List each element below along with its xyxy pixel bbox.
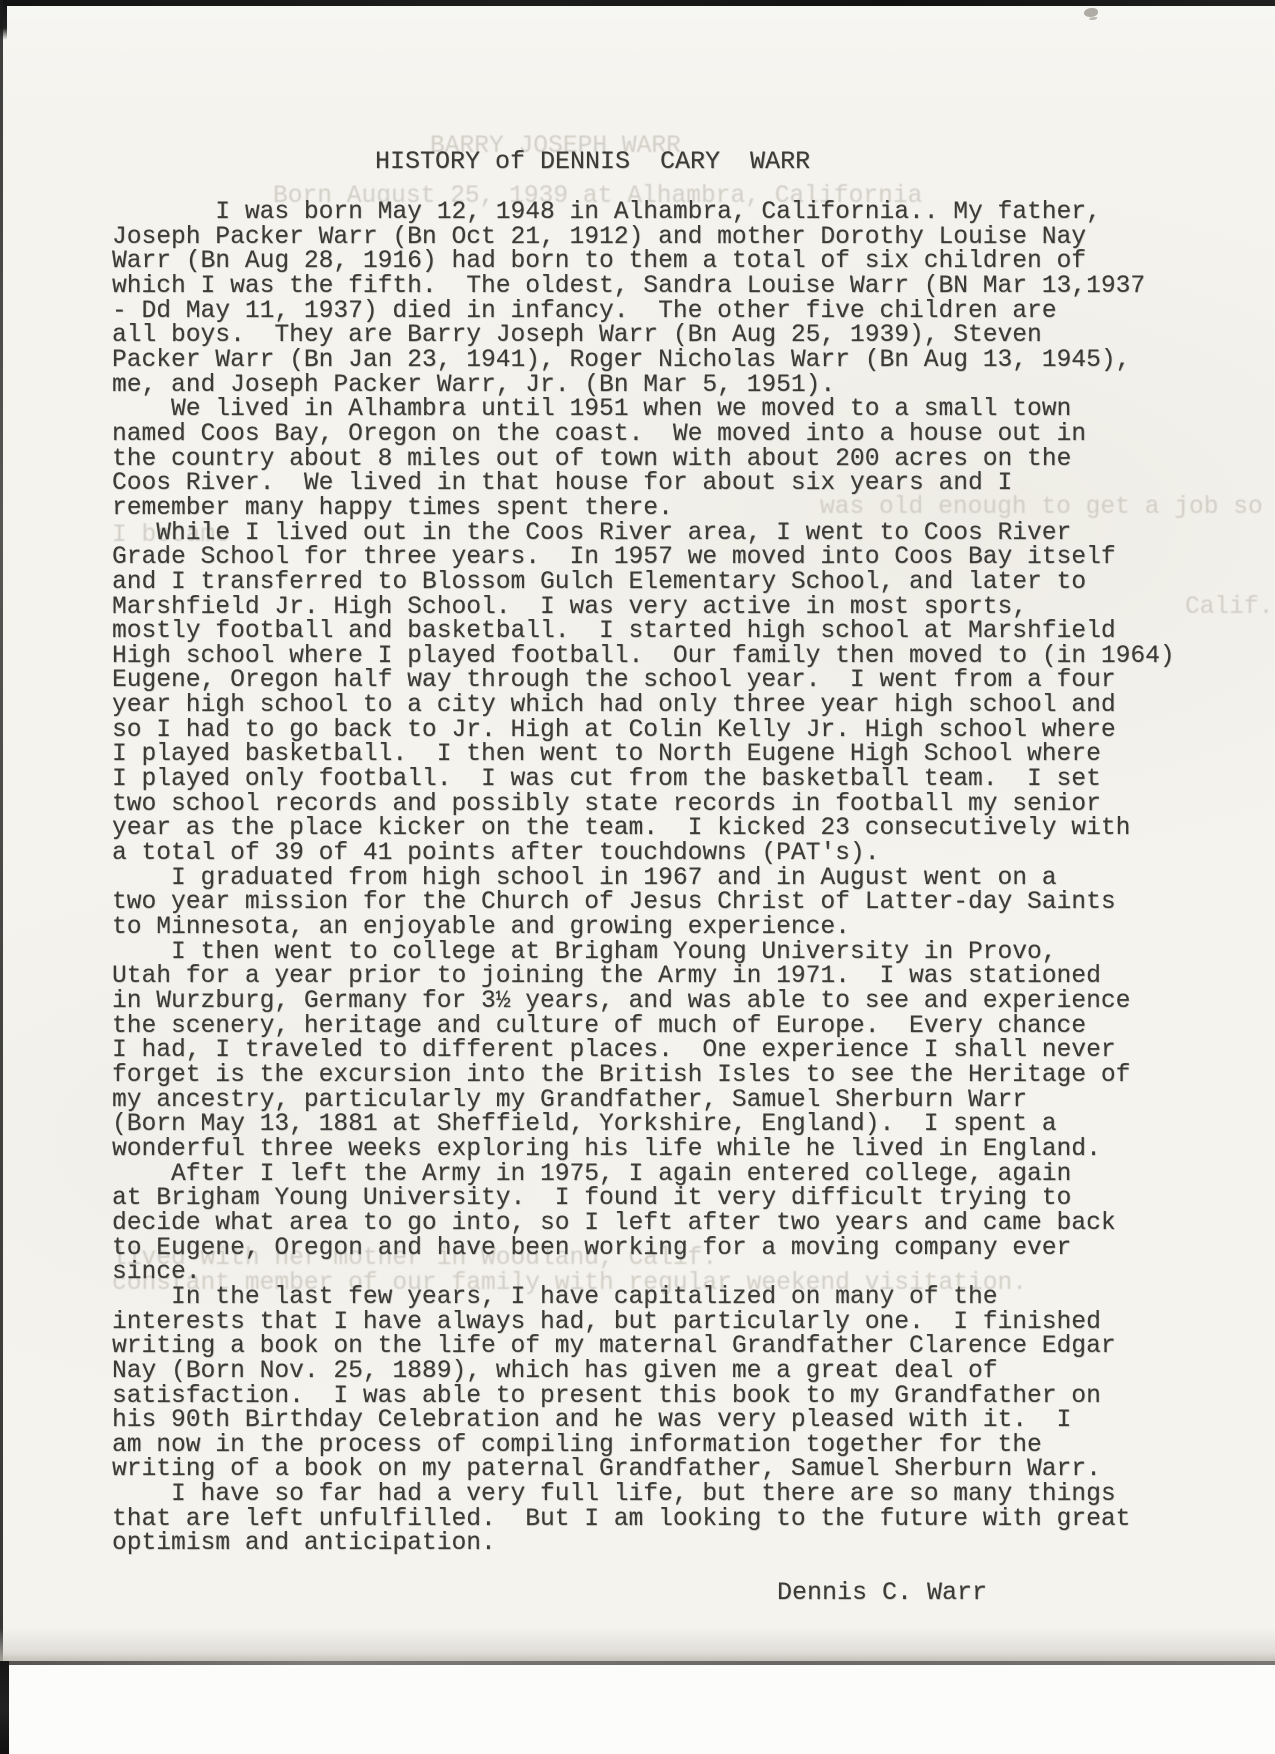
- under-sheet: [0, 1665, 1275, 1754]
- scanner-top-edge: [0, 0, 1275, 6]
- scanned-page: BARRY JOSEPH WARRBorn August 25, 1939 at…: [0, 0, 1275, 1754]
- body-text: I was born May 12, 1948 in Alhambra, Cal…: [112, 201, 1175, 1557]
- smudge-mark: [1084, 8, 1098, 17]
- typed-signature: Dennis C. Warr: [777, 1578, 987, 1607]
- page-bottom-shadow: [0, 1628, 1275, 1662]
- scanner-left-edge: [0, 0, 3, 1754]
- ghost-fragment: Calif.: [1185, 596, 1274, 621]
- scanner-bottom-left-strip: [0, 1661, 9, 1754]
- page-title: HISTORY of DENNIS CARY WARR: [375, 149, 810, 175]
